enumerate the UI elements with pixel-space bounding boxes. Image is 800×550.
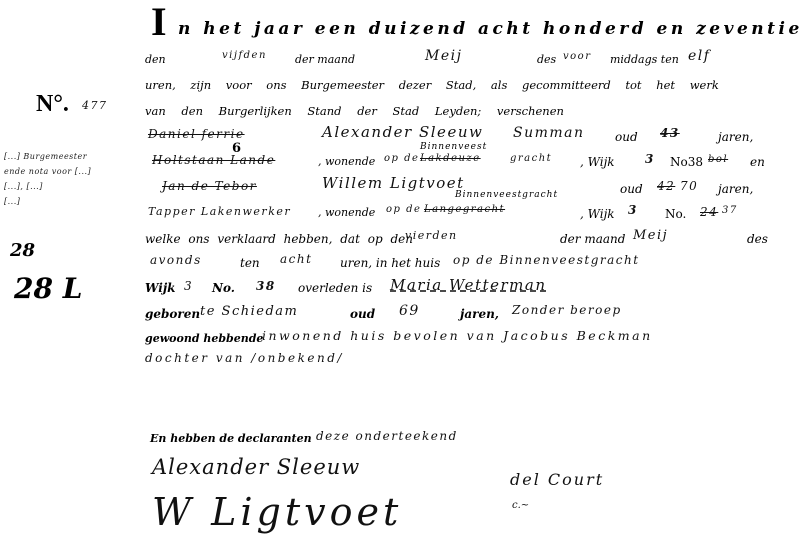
line7-oud: oud [620,182,643,196]
line5-name: Alexander Sleeuw [322,123,483,141]
line11-no-value: 38 [256,279,276,293]
line8-struck-address: Langegracht [424,204,505,215]
line8-wijk-value: 3 [628,203,638,217]
line2-des: des [537,53,556,66]
line9-text: welke ons verklaard hebben, dat op den [145,232,413,246]
line2-month: Meij [425,48,462,64]
line12-jaren: jaren, [460,307,499,321]
line7-struck: Jan de Tebor [162,179,257,193]
closing-printed: En hebben de declaranten [150,432,312,445]
line3: uren, zijn voor ons Burgemeester dezer S… [145,78,719,92]
line10-time: avonds [150,253,202,267]
line12-geboren: geboren [145,307,200,321]
line10-hour: acht [280,252,312,266]
line5-struck-name: Daniel ferrie [148,127,245,141]
line12-place: te Schiedam [200,304,298,319]
line11-overleden: overleden is [298,281,372,295]
line6-address-end: gracht [510,153,552,164]
heading-text: n het jaar een duizend acht honderd en z… [178,19,800,39]
line2-hour: elf [688,48,710,64]
line6-en: en [750,155,765,169]
margin-note: [...] Burgemeester ende nota voor [...] … [4,152,144,206]
line11-no: No. [212,281,235,295]
line5-occupation: Summan [513,125,585,141]
line5-jaren: jaren, [718,130,753,144]
margin-mark-2: 28 L [14,272,82,305]
line13-text: inwonend huis bevolen van Jacobus Beckma… [262,328,653,343]
closing-handwritten: deze onderteekend [316,429,458,443]
line9-des: des [747,232,768,246]
line9-month: Meij [633,228,668,243]
line8-occupation: Tapper Lakenwerker [148,205,291,218]
signature-w-ligtvoet: W Ligtvoet [152,490,402,534]
line6-insert-above: Binnenveest [420,142,487,152]
line8-wijk: , Wijk [580,207,615,221]
line8-wonende: , wonende [318,206,375,219]
record-number-label: N°. [36,91,69,118]
line6-wijk: , Wijk [580,155,615,169]
line6-struck-no: bol [708,154,728,165]
line8-no-value: 37 [722,205,738,216]
line10-text: uren, in het huis [340,256,440,270]
line8-struck-no: 24 [700,205,718,219]
line6-wijk-value: 3 [645,152,655,166]
line7-insert-above: Binnenveestgracht [455,190,558,200]
line7-age-struck: 42 [657,179,675,193]
heading-initial: I [151,2,167,42]
line6-no: No38 [670,155,703,169]
margin-note-line: [...] [4,197,144,206]
line12-occupation: Zonder beroep [512,303,622,317]
line7-age: 70 [680,179,698,193]
line11-wijk: Wijk [145,281,175,295]
line8-no: No. [665,207,686,221]
line2-day: vijfden [222,50,267,61]
margin-note-line: [...] Burgemeester [4,152,144,161]
line10-address: op de Binnenveestgracht [453,253,640,267]
margin-note-line: ende nota voor [...] [4,167,144,176]
line11-deceased: Maria Wetterman [390,276,546,294]
line12-oud: oud [350,307,375,321]
line11-wijk-value: 3 [184,279,193,293]
line14-text: dochter van /onbekend/ [145,351,344,365]
margin-note-line: [...], [...] [4,182,144,191]
line4: van den Burgerlijken Stand der Stad Leyd… [145,104,564,118]
signature-official-paraph: c.~ [512,500,529,511]
margin-mark-1: 28 [10,240,35,261]
line6-wonende: , wonende [318,155,375,168]
line13-gewoond: gewoond hebbende [145,332,263,345]
line2-den: den [145,53,166,66]
line6-struck-address: Lakdeuze [420,153,481,164]
line2-middags-ten: middags ten [610,53,679,66]
line2-des-value: voor [563,51,591,62]
line6-address: op de [384,153,419,164]
line7-name: Willem Ligtvoet [322,174,465,192]
line10-ten: ten [240,256,260,270]
line2-der-maand: der maand [295,53,355,66]
signature-alexander-sleeuw: Alexander Sleeuw [152,455,360,479]
record-number: 477 [82,99,108,112]
civil-death-record-page: I n het jaar een duizend acht honderd en… [0,0,800,550]
line8-address: op de [386,204,421,215]
line5-oud: oud [615,130,638,144]
line9-day: vierden [405,229,458,242]
line7-jaren: jaren, [718,182,753,196]
signature-official: del Court [510,470,604,489]
line12-age: 69 [399,303,420,319]
line5-age: 43 [660,126,680,140]
line9-der-maand: der maand [560,232,625,246]
line6-struck: Holtstaan Lande [152,153,275,167]
